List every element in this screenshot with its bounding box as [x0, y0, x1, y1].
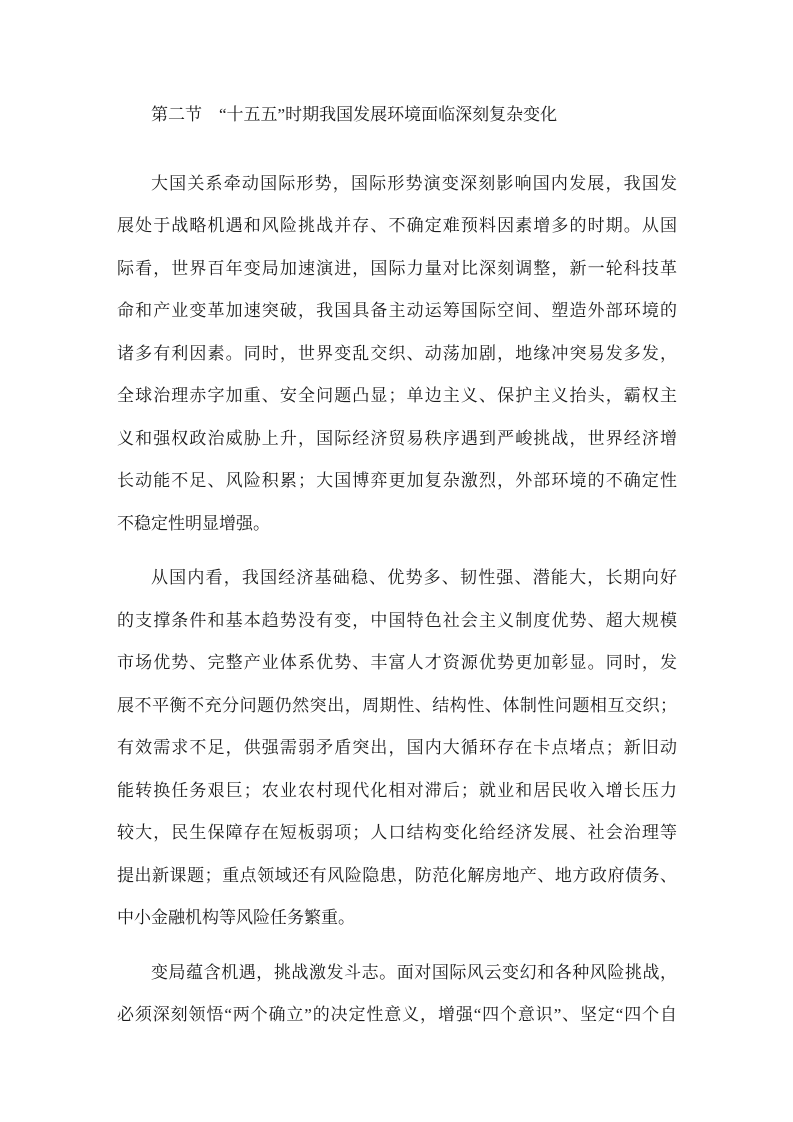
document-content: 第二节 “十五五”时期我国发展环境面临深刻复杂变化 大国关系牵动国际形势，国际形…: [117, 94, 677, 1037]
text-line: 较大，民生保障存在短板弱项；人口结构变化给经济发展、社会治理等: [117, 812, 677, 855]
text-line: 命和产业变革加速突破，我国具备主动运筹国际空间、塑造外部环境的: [117, 290, 677, 333]
section-title: 第二节 “十五五”时期我国发展环境面临深刻复杂变化: [117, 94, 677, 137]
text-line: 中小金融机构等风险任务繁重。: [117, 897, 677, 940]
text-line: 长动能不足、风险积累；大国博弈更加复杂激烈，外部环境的不确定性: [117, 460, 677, 503]
text-line: 提出新课题；重点领域还有风险隐患，防范化解房地产、地方政府债务、: [117, 855, 677, 898]
paragraph: 从国内看，我国经济基础稳、优势多、韧性强、潜能大，长期向好的支撑条件和基本趋势没…: [117, 557, 677, 940]
paragraph: 大国关系牵动国际形势，国际形势演变深刻影响国内发展，我国发展处于战略机遇和风险挑…: [117, 163, 677, 546]
text-line: 义和强权政治威胁上升，国际经济贸易秩序遇到严峻挑战，世界经济增: [117, 418, 677, 461]
text-line: 全球治理赤字加重、安全问题凸显；单边主义、保护主义抬头，霸权主: [117, 375, 677, 418]
document-body: 大国关系牵动国际形势，国际形势演变深刻影响国内发展，我国发展处于战略机遇和风险挑…: [117, 163, 677, 1037]
text-line: 展处于战略机遇和风险挑战并存、不确定难预料因素增多的时期。从国: [117, 205, 677, 248]
paragraph: 变局蕴含机遇，挑战激发斗志。面对国际风云变幻和各种风险挑战，必须深刻领悟“两个确…: [117, 952, 677, 1037]
text-line: 大国关系牵动国际形势，国际形势演变深刻影响国内发展，我国发: [117, 163, 677, 206]
text-line: 从国内看，我国经济基础稳、优势多、韧性强、潜能大，长期向好: [117, 557, 677, 600]
text-line: 际看，世界百年变局加速演进，国际力量对比深刻调整，新一轮科技革: [117, 248, 677, 291]
text-line: 变局蕴含机遇，挑战激发斗志。面对国际风云变幻和各种风险挑战，: [117, 952, 677, 995]
document-page: 第二节 “十五五”时期我国发展环境面临深刻复杂变化 大国关系牵动国际形势，国际形…: [0, 0, 793, 1122]
text-line: 能转换任务艰巨；农业农村现代化相对滞后；就业和居民收入增长压力: [117, 770, 677, 813]
text-line: 有效需求不足，供强需弱矛盾突出，国内大循环存在卡点堵点；新旧动: [117, 727, 677, 770]
text-line: 诸多有利因素。同时，世界变乱交织、动荡加剧，地缘冲突易发多发，: [117, 333, 677, 376]
text-line: 的支撑条件和基本趋势没有变，中国特色社会主义制度优势、超大规模: [117, 600, 677, 643]
text-line: 市场优势、完整产业体系优势、丰富人才资源优势更加彰显。同时，发: [117, 642, 677, 685]
text-line: 展不平衡不充分问题仍然突出，周期性、结构性、体制性问题相互交织；: [117, 685, 677, 728]
text-line: 不稳定性明显增强。: [117, 503, 677, 546]
text-line: 必须深刻领悟“两个确立”的决定性意义，增强“四个意识”、坚定“四个自: [117, 994, 677, 1037]
